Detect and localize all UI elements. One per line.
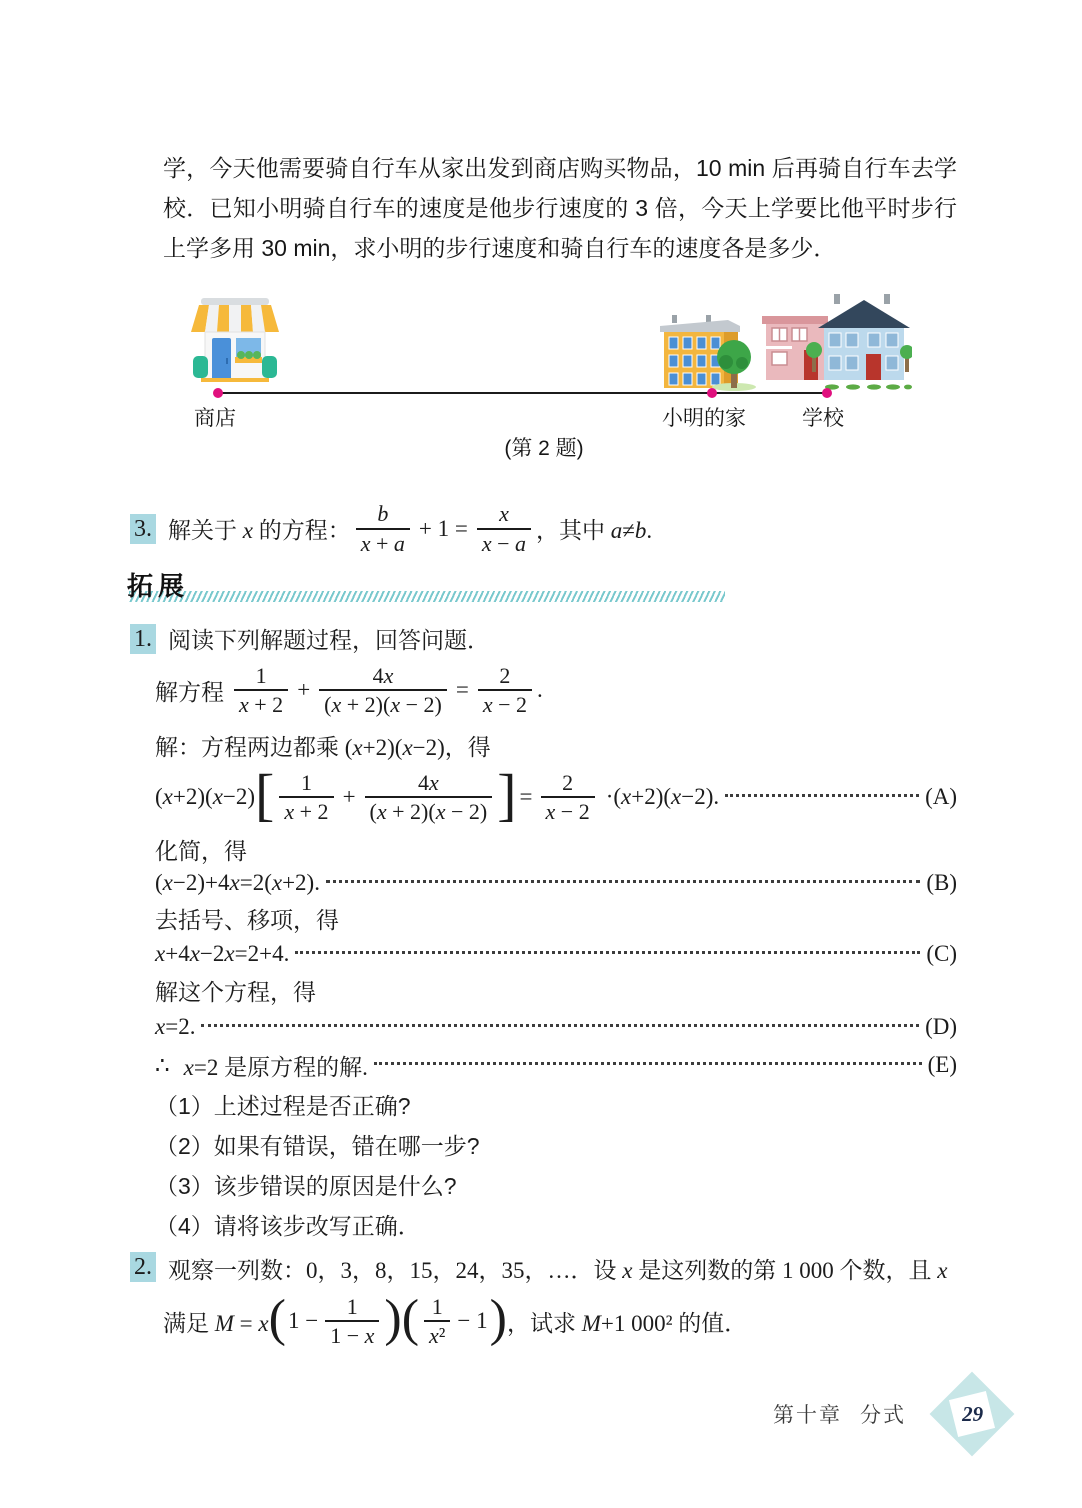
line2-pre: 满足 M = x — [163, 1305, 269, 1338]
problem-1-number: 1. — [130, 624, 156, 654]
fraction: 1 x + 2 — [279, 769, 333, 826]
therefore-symbol: ∴ — [155, 1052, 170, 1079]
fraction: x x − a — [477, 500, 531, 557]
step-text: 解：方程两边都乘 (x+2)(x−2)，得 — [155, 729, 491, 762]
dot-leader — [326, 880, 920, 883]
problem-2: 2. 观察一列数：0，3，8，15，24，35，…．设 x 是这列数的第 1 0… — [130, 1252, 958, 1285]
figure-caption: (第 2 题) — [130, 432, 958, 462]
step-text: 去括号、移项，得 — [155, 902, 339, 935]
plus-sign: + — [343, 784, 356, 810]
question-text: （1）上述过程是否正确? — [155, 1088, 411, 1121]
step-label-b: (B) — [926, 870, 957, 896]
step-label-c: (C) — [926, 941, 957, 967]
step-label-a: (A) — [925, 784, 957, 810]
fraction: 1 1 − x — [325, 1293, 379, 1350]
intro-paragraph: 学，今天他需要骑自行车从家出发到商店购买物品，10 min 后再骑自行车去学校．… — [163, 148, 957, 268]
fraction: 1 x + 2 — [234, 662, 288, 719]
school-point — [822, 388, 832, 398]
section-name: 分式 — [860, 1404, 906, 1427]
equation-original: 解方程 1 x + 2 + 4x (x + 2)(x − 2) = 2 x − … — [155, 660, 957, 720]
shop-point — [213, 388, 223, 398]
equation-c: x+4x−2x=2+4. (C) — [155, 936, 957, 972]
fraction: 4x (x + 2)(x − 2) — [365, 769, 493, 826]
fraction: 1 x² — [424, 1293, 450, 1350]
problem2-figure: 商店 小明的家 学校 (第 2 题) — [130, 288, 958, 460]
eq-a-pre: (x+2)(x−2) — [155, 784, 255, 810]
problem-3: 3. 解关于 x 的方程： b x + a + 1 = x x − a ，其中 … — [130, 500, 958, 557]
step-label-d: (D) — [925, 1014, 957, 1040]
home-label: 小明的家 — [662, 402, 746, 432]
dot-leader — [295, 951, 920, 954]
step-remove-brackets: 去括号、移项，得 — [155, 900, 957, 936]
equation-a: (x+2)(x−2) [ 1 x + 2 + 4x (x + 2)(x − 2)… — [155, 766, 957, 828]
problem-3-lead: 解关于 x 的方程： — [168, 512, 351, 545]
eq-a-post: ·(x+2)(x−2). — [606, 784, 719, 810]
question-1: （1）上述过程是否正确? — [155, 1084, 957, 1124]
school-buildings-icon — [760, 294, 912, 394]
home-building-icon — [658, 310, 758, 392]
dot-leader — [725, 794, 919, 797]
equation-d: x=2. (D) — [155, 1008, 957, 1046]
page-number: 29 — [962, 1402, 983, 1427]
fraction: 2 x − 2 — [478, 662, 532, 719]
eq-d-body: x=2. — [155, 1014, 195, 1040]
step-label-e: (E) — [928, 1052, 957, 1078]
line2-post: ，试求 M+1 000² 的值． — [507, 1305, 747, 1338]
step-text: 解这个方程，得 — [155, 974, 316, 1007]
step-solve: 解这个方程，得 — [155, 972, 957, 1008]
eq-c-body: x+4x−2x=2+4. — [155, 941, 289, 967]
problem-1-lead: 阅读下列解题过程，回答问题． — [168, 622, 490, 655]
equation-e: ∴ x=2 是原方程的解. (E) — [155, 1046, 957, 1084]
problem-3-mid: + 1 = — [419, 516, 468, 542]
dot-leader — [201, 1024, 919, 1027]
question-3: （3）该步错误的原因是什么? — [155, 1164, 957, 1204]
dot-leader — [374, 1062, 922, 1065]
extension-title: 拓展 — [127, 571, 189, 601]
chapter-label: 第十章分式 — [773, 1399, 906, 1429]
eq-e-body: x=2 是原方程的解. — [184, 1049, 368, 1082]
question-text: （3）该步错误的原因是什么? — [155, 1168, 457, 1201]
question-text: （4）请将该步改写正确． — [155, 1208, 421, 1241]
equals-sign: = — [456, 677, 469, 703]
shop-icon — [185, 292, 285, 388]
question-4: （4）请将该步改写正确． — [155, 1204, 957, 1244]
eq-pre: 解方程 — [155, 674, 224, 707]
school-label: 学校 — [802, 402, 844, 432]
solution-steps: 解方程 1 x + 2 + 4x (x + 2)(x − 2) = 2 x − … — [155, 660, 957, 1244]
problem-2-line2: 满足 M = x ( 1 − 1 1 − x ) ( 1 x² − 1 ) ，试… — [163, 1290, 958, 1352]
step-simplify: 化简，得 — [155, 832, 957, 866]
problem-3-tail: ，其中 a≠b. — [536, 512, 652, 545]
chapter-name: 第十章 — [773, 1404, 842, 1427]
fraction: 2 x − 2 — [541, 769, 595, 826]
page-number-badge: 29 — [932, 1374, 1012, 1454]
question-text: （2）如果有错误，错在哪一步? — [155, 1128, 480, 1161]
question-2: （2）如果有错误，错在哪一步? — [155, 1124, 957, 1164]
problem-3-number: 3. — [130, 514, 156, 544]
problem-1: 1. 阅读下列解题过程，回答问题． — [130, 622, 958, 655]
minus-one: − 1 — [457, 1308, 487, 1334]
page-footer: 第十章分式 29 — [0, 1374, 1082, 1454]
equation-b: (x−2)+4x=2(x+2). (B) — [155, 866, 957, 900]
shop-label: 商店 — [194, 402, 236, 432]
textbook-page: 学，今天他需要骑自行车从家出发到商店购买物品，10 min 后再骑自行车去学校．… — [0, 0, 1082, 1508]
home-point — [707, 388, 717, 398]
fraction: b x + a — [356, 500, 410, 557]
step-multiply: 解：方程两边都乘 (x+2)(x−2)，得 — [155, 726, 957, 764]
step-text: 化简，得 — [155, 833, 247, 866]
extension-section-header: 拓展 — [127, 566, 727, 602]
fraction: 4x (x + 2)(x − 2) — [319, 662, 447, 719]
eq-b-body: (x−2)+4x=2(x+2). — [155, 870, 320, 896]
problem-2-number: 2. — [130, 1252, 156, 1282]
equals-sign: = — [520, 784, 533, 810]
period: . — [537, 677, 543, 703]
one-minus: 1 − — [288, 1308, 318, 1334]
distance-line — [216, 392, 829, 394]
problem-2-line1: 观察一列数：0，3，8，15，24，35，…．设 x 是这列数的第 1 000 … — [168, 1252, 947, 1285]
plus-sign: + — [297, 677, 310, 703]
hatch-band — [129, 591, 725, 602]
